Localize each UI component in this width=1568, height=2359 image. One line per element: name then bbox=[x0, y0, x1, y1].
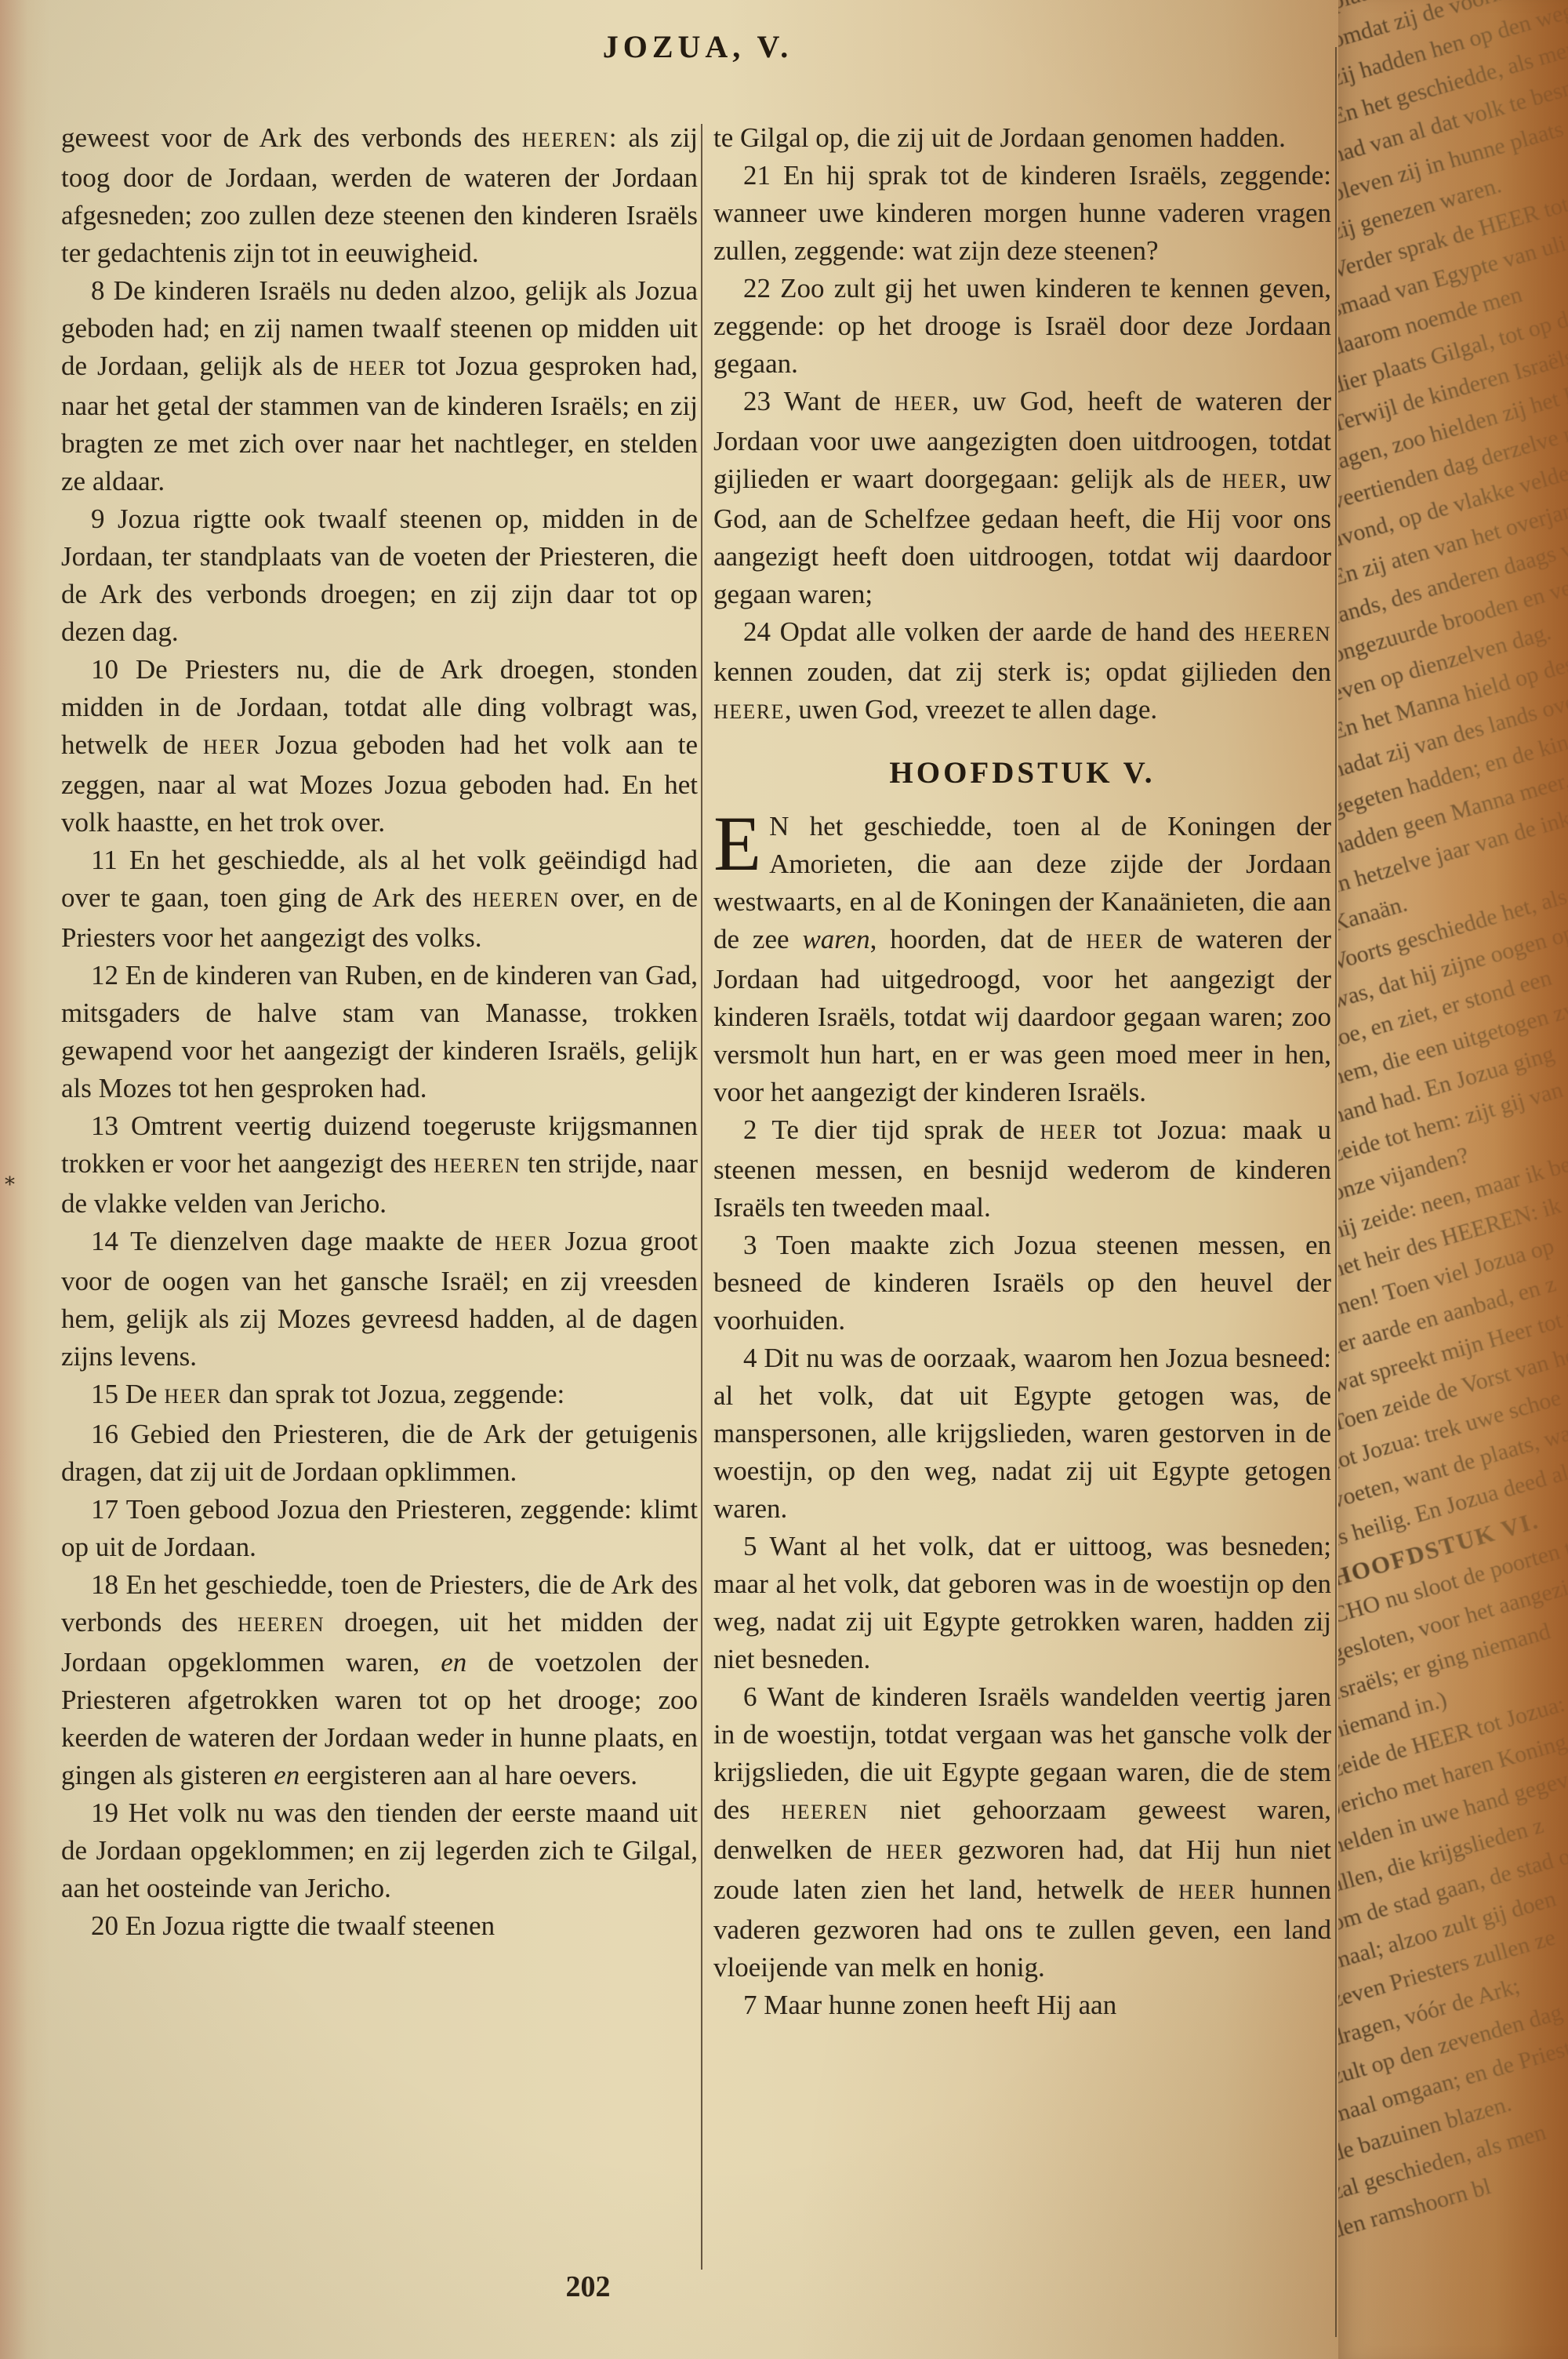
page-edge-rule bbox=[1335, 47, 1337, 2337]
verse-paragraph: 21 En hij sprak tot de kinderen Israëls,… bbox=[713, 157, 1331, 270]
verse-paragraph: 8 De kinderen Israëls nu deden alzoo, ge… bbox=[61, 272, 698, 500]
verse-paragraph: 22 Zoo zult gij het uwen kinderen te ken… bbox=[713, 270, 1331, 383]
book-page: JOZUA, V. * geweest voor de Ark des verb… bbox=[0, 0, 1568, 2359]
right-text-column: te Gilgal op, die zij uit de Jordaan gen… bbox=[713, 119, 1331, 2321]
column-divider-rule bbox=[701, 124, 702, 2270]
verse-paragraph: 3 Toen maakte zich Jozua steenen messen,… bbox=[713, 1227, 1331, 1339]
verse-paragraph: 7 Maar hunne zonen heeft Hij aan bbox=[713, 1986, 1331, 2024]
verse-paragraph: 16 Gebied den Priesteren, die de Ark der… bbox=[61, 1416, 698, 1491]
verse-paragraph: 24 Opdat alle volken der aarde de hand d… bbox=[713, 613, 1331, 731]
verse-paragraph: 23 Want de HEER, uw God, heeft de watere… bbox=[713, 383, 1331, 613]
verse-paragraph: 5 Want al het volk, dat er uittoog, was … bbox=[713, 1528, 1331, 1678]
verse-paragraph: 15 De HEER dan sprak tot Jozua, zeggende… bbox=[61, 1376, 698, 1416]
verse-paragraph: 18 En het geschiedde, toen de Priesters,… bbox=[61, 1566, 698, 1794]
drop-cap: E bbox=[713, 808, 769, 875]
next-page-text-fragments: plaats gesteld; die heeomdat zij de voor… bbox=[1338, 0, 1568, 2256]
verse-paragraph: 10 De Priesters nu, die de Ark droegen, … bbox=[61, 651, 698, 841]
verse-paragraph: 2 Te dier tijd sprak de HEER tot Jozua: … bbox=[713, 1111, 1331, 1227]
verse-paragraph: geweest voor de Ark des verbonds des HEE… bbox=[61, 119, 698, 272]
verse-paragraph: 19 Het volk nu was den tienden der eerst… bbox=[61, 1794, 698, 1907]
verse-paragraph: 4 Dit nu was de oorzaak, waarom hen Jozu… bbox=[713, 1339, 1331, 1528]
verse-paragraph: 14 Te dienzelven dage maakte de HEER Joz… bbox=[61, 1223, 698, 1376]
page-number: 202 bbox=[235, 2270, 941, 2304]
verse-paragraph: EN het geschiedde, toen al de Koningen d… bbox=[713, 808, 1331, 1111]
verse-paragraph: 13 Omtrent veertig duizend toegeruste kr… bbox=[61, 1107, 698, 1223]
verse-paragraph: 11 En het geschiedde, als al het volk ge… bbox=[61, 841, 698, 957]
verse-paragraph: 12 En de kinderen van Ruben, en de kinde… bbox=[61, 957, 698, 1107]
chapter-heading: HOOFDSTUK V. bbox=[713, 754, 1331, 792]
left-text-column: geweest voor de Ark des verbonds des HEE… bbox=[61, 119, 698, 2270]
verse-paragraph: 20 En Jozua rigtte die twaalf steenen bbox=[61, 1907, 698, 1945]
running-head: JOZUA, V. bbox=[0, 28, 1396, 65]
margin-asterisk: * bbox=[5, 1173, 15, 1197]
verse-paragraph: 6 Want de kinderen Israëls wandelden vee… bbox=[713, 1678, 1331, 1986]
verse-paragraph: 9 Jozua rigtte ook twaalf steenen op, mi… bbox=[61, 500, 698, 651]
verse-paragraph: 17 Toen gebood Jozua den Priesteren, zeg… bbox=[61, 1491, 698, 1566]
next-page-curved-edge: plaats gesteld; die heeomdat zij de voor… bbox=[1338, 0, 1568, 2359]
verse-paragraph: te Gilgal op, die zij uit de Jordaan gen… bbox=[713, 119, 1331, 157]
